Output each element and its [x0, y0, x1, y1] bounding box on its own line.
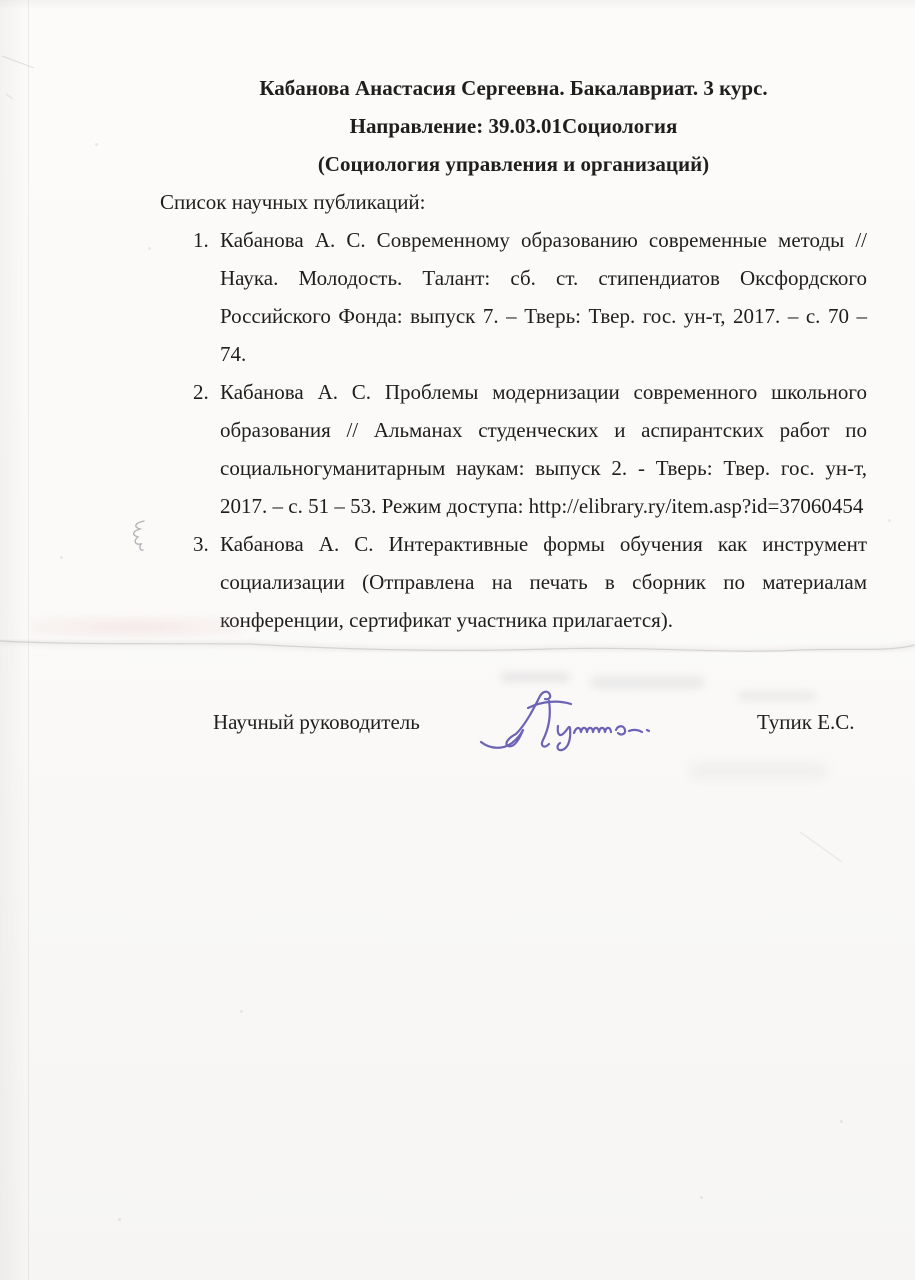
- scan-top-edge: [0, 0, 915, 10]
- signature-stroke-group: [481, 692, 649, 750]
- signature-ink: [478, 686, 674, 762]
- supervisor-label: Научный руководитель: [213, 702, 420, 742]
- publication-item-2: 2. Кабанова А. С. Проблемы модернизации …: [160, 373, 867, 525]
- publication-text: Кабанова А. С. Проблемы модернизации сов…: [220, 380, 867, 518]
- publications-list: 1. Кабанова А. С. Современному образован…: [160, 221, 867, 639]
- bleedthrough-smudge: [688, 762, 828, 780]
- scan-speck: [60, 556, 63, 559]
- title-line-1: Кабанова Анастасия Сергеевна. Бакалавриа…: [160, 69, 867, 107]
- scan-speck: [240, 1010, 243, 1013]
- item-number: 1.: [193, 221, 209, 259]
- list-intro: Список научных публикаций:: [160, 183, 867, 221]
- scan-speck: [95, 143, 98, 146]
- document-content: Кабанова Анастасия Сергеевна. Бакалавриа…: [160, 69, 867, 639]
- scanned-page: Кабанова Анастасия Сергеевна. Бакалавриа…: [0, 0, 915, 1280]
- bleedthrough-smudge: [737, 690, 817, 702]
- title-line-3: (Социология управления и организаций): [160, 145, 867, 183]
- scan-speck: [118, 1218, 121, 1221]
- signature-row: Научный руководитель Тупик Е.С.: [0, 702, 915, 742]
- item-number: 2.: [193, 373, 209, 411]
- scratch-mark-icon: [795, 826, 850, 871]
- bleedthrough-smudge: [500, 672, 570, 683]
- publication-text: Кабанова А. С. Современному образованию …: [220, 228, 867, 366]
- pencil-mark-icon: [127, 517, 153, 557]
- scan-speck: [700, 1196, 703, 1199]
- publication-item-1: 1. Кабанова А. С. Современному образован…: [160, 221, 867, 373]
- scan-speck: [148, 247, 151, 250]
- scan-speck: [888, 519, 891, 522]
- title-line-2: Направление: 39.03.01Социология: [160, 107, 867, 145]
- scratch-mark-icon: [0, 48, 50, 108]
- item-number: 3.: [193, 525, 209, 563]
- scan-speck: [840, 1120, 843, 1123]
- supervisor-name: Тупик Е.С.: [757, 702, 855, 742]
- paper-smudge: [30, 616, 240, 638]
